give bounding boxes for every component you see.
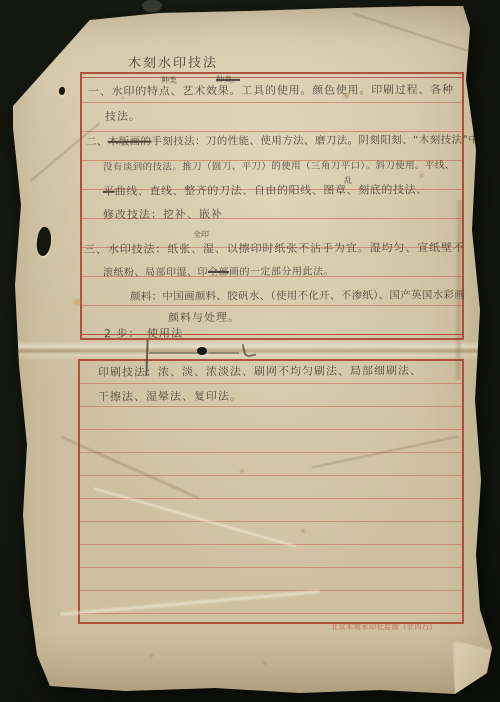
stain xyxy=(238,468,246,475)
handwriting-line-7: 三、水印技法：纸张、湿、以擦印时纸张不沾手为宜。湿均匀、宣纸壁不 xyxy=(84,239,465,257)
handwriting-line-3: 二、木版画的手刻技法：刀的性能、使用方法、磨刀法。阴刻阳刻、“木刻技法”中 xyxy=(86,132,479,149)
paper-hole-small xyxy=(59,87,65,95)
handwriting-line-11: 2 步： 使用法 xyxy=(104,325,183,341)
interline-annotation: 全印 xyxy=(193,229,209,240)
handwriting-line-4: 没有谈到的技法。推刀（圆刀、平刀）的使用（三角刀平口）。斜刀使用。平线、 xyxy=(103,157,455,173)
handwriting-line-6: 修改技法：挖补、嵌补 xyxy=(103,206,223,223)
stain xyxy=(148,652,155,658)
paper-wrapper: 木刻水印技法 种类 种类。 一、水印的特点、艺术效果。工具的使用。颜色使用。印刷… xyxy=(0,0,500,702)
line3-text: 手刻技法：刀的性能、使用方法、磨刀法。阴刻阳刻、“木刻技法”中 xyxy=(151,134,479,148)
handwriting-line-10: 颜料与处理。 xyxy=(168,309,240,325)
line8-struck-text: 全部 xyxy=(208,267,229,278)
handwriting-line-9: 颜料：中国画颜料、胶矾水、（使用不化开、不渗纸）、国产英国水彩画 xyxy=(130,287,465,304)
footer-imprint: 北京木刻水印社监制（廿四行） xyxy=(331,622,437,632)
pen-mark-horizontal xyxy=(149,352,239,354)
stain xyxy=(120,95,126,101)
line3-number: 二、 xyxy=(86,136,108,148)
crease-line xyxy=(454,200,464,380)
handwriting-line-8: 滚纸粉、局部印湿、印全部画的一定部分用此法。 xyxy=(103,262,334,278)
line8-text-post: 画的一定部分用此法。 xyxy=(229,266,334,278)
line3-struck-text: 木版画的 xyxy=(108,136,152,148)
paper-hole xyxy=(35,226,53,257)
folded-corner-flap xyxy=(450,638,494,696)
line8-text-pre: 滚纸粉、局部印湿、印 xyxy=(103,267,208,279)
line5-struck-text: 平 xyxy=(103,185,115,198)
stain xyxy=(418,172,425,179)
handwriting-line-5: 平曲线、直线、整齐的刀法、自由的阳线、图章、刻底的技法、 xyxy=(103,181,428,199)
handwriting-line-13: 干擦法、湿晕法、复印法。 xyxy=(98,388,242,405)
paper-hole-fold xyxy=(197,347,207,355)
paper-sheet: 木刻水印技法 种类 种类。 一、水印的特点、艺术效果。工具的使用。颜色使用。印刷… xyxy=(0,0,500,702)
handwriting-line-1: 一、水印的特点、艺术效果。工具的使用。颜色使用。印刷过程、各种 xyxy=(88,81,454,99)
handwriting-line-2: 技法。 xyxy=(105,108,141,124)
line5-text: 曲线、直线、整齐的刀法、自由的阳线、图章、刻底的技法、 xyxy=(115,183,428,198)
stain xyxy=(72,297,83,307)
background-smudge xyxy=(142,0,162,12)
stain xyxy=(300,528,306,534)
stain xyxy=(342,92,351,100)
crease-line xyxy=(352,12,467,53)
page-title: 木刻水印技法 xyxy=(128,52,218,71)
frame-inner-topline xyxy=(82,77,462,78)
photo-background: 木刻水印技法 种类 种类。 一、水印的特点、艺术效果。工具的使用。颜色使用。印刷… xyxy=(0,0,500,702)
stain xyxy=(262,660,268,666)
